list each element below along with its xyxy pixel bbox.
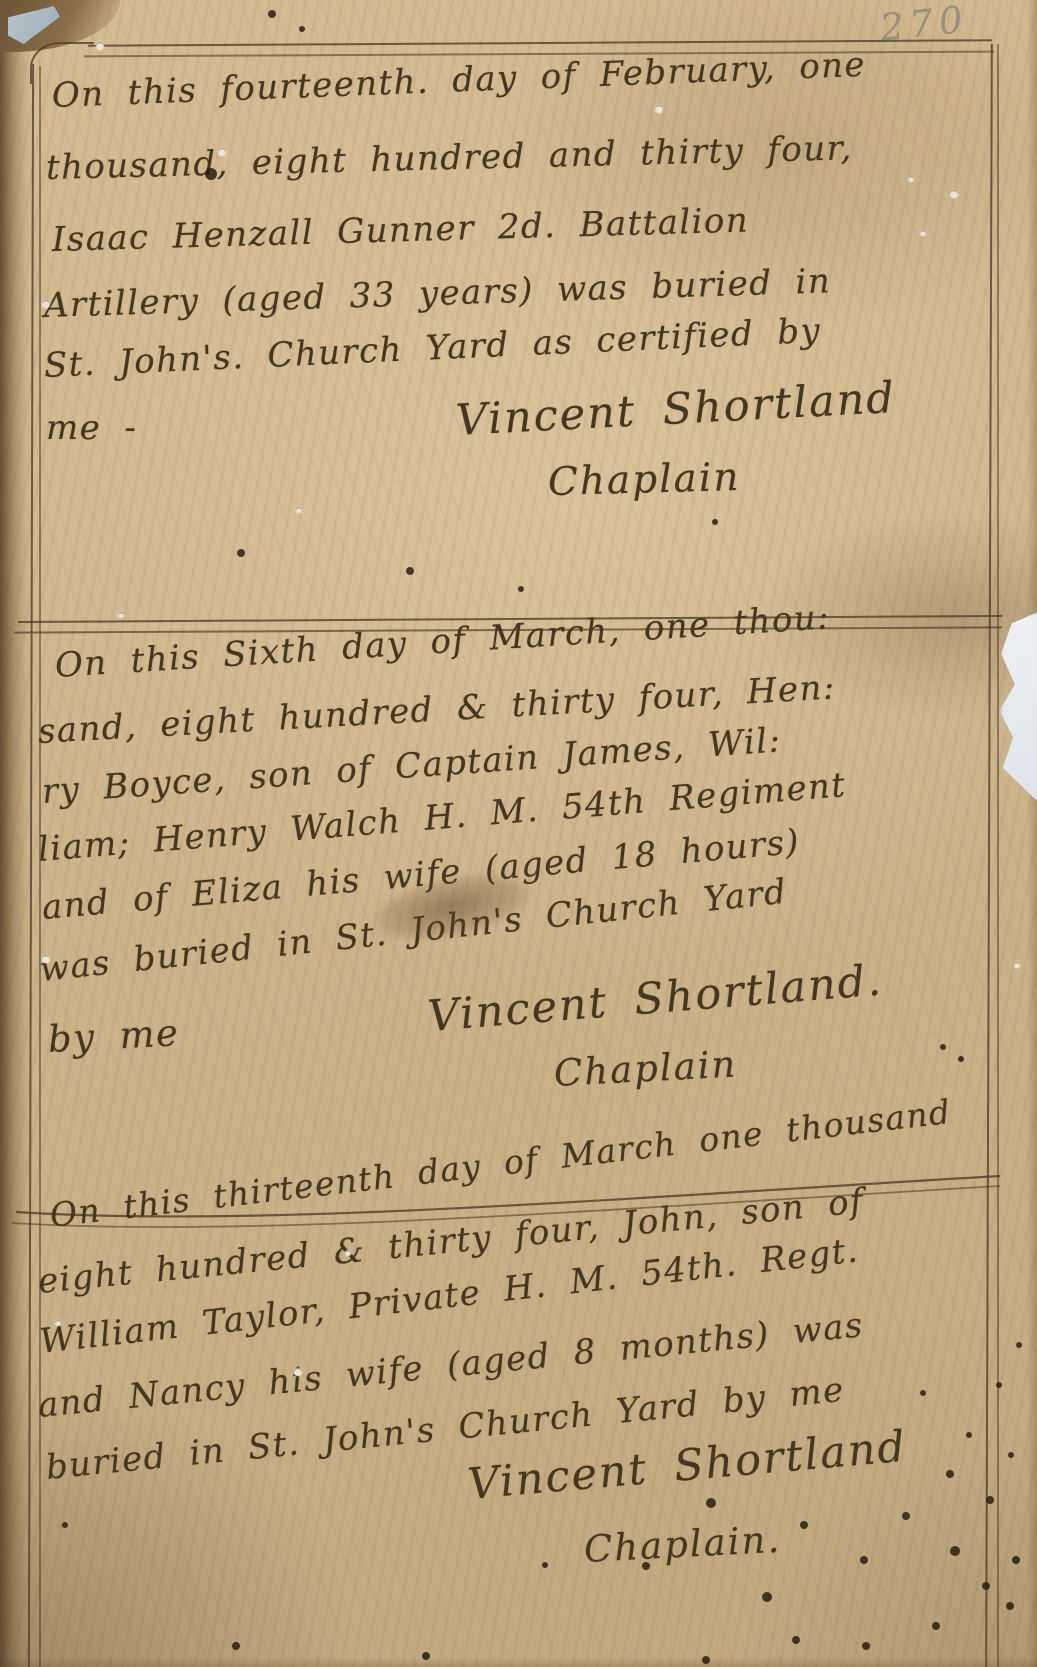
- ink-speck: [706, 1498, 716, 1508]
- ink-speck: [702, 1656, 710, 1664]
- ink-speck: [958, 1056, 964, 1062]
- worm-hole: [42, 955, 50, 963]
- ink-speck: [712, 519, 718, 525]
- ink-speck: [422, 1652, 430, 1660]
- ink-speck: [986, 1496, 994, 1504]
- burial-register-page: 270 On this fourteenth. day of February,…: [0, 0, 1037, 1667]
- ink-speck: [792, 1636, 800, 1644]
- worm-hole: [296, 507, 302, 513]
- ink-speck: [518, 586, 524, 592]
- ink-speck: [642, 1562, 650, 1570]
- entry-1-line-6: me -: [46, 408, 137, 448]
- ink-speck: [299, 26, 305, 32]
- ink-speck: [1008, 1452, 1014, 1458]
- entry-1-signature-role: Chaplain: [547, 455, 741, 505]
- page-edge-bottom: [0, 1657, 1037, 1667]
- worm-hole: [96, 42, 104, 50]
- ink-speck: [902, 1512, 910, 1520]
- entry-1-line-3: Isaac Henzall Gunner 2d. Battalion: [51, 201, 749, 260]
- entry-3-signature-role: Chaplain.: [583, 1518, 782, 1571]
- ink-speck: [542, 1562, 548, 1568]
- ink-speck: [940, 1044, 946, 1050]
- entry-1-signature: Vincent Shortland: [455, 373, 897, 446]
- ink-speck: [1006, 1602, 1014, 1610]
- ink-speck: [232, 1642, 240, 1650]
- ink-speck: [982, 1582, 990, 1590]
- worm-hole: [42, 300, 50, 308]
- worm-hole: [950, 190, 958, 198]
- ink-speck: [268, 10, 276, 18]
- ink-speck: [1016, 1342, 1022, 1348]
- entry-2-signature-role: Chaplain: [553, 1042, 738, 1095]
- ink-speck: [932, 1622, 940, 1630]
- worm-hole: [345, 1250, 351, 1256]
- ink-speck: [966, 1432, 972, 1438]
- worm-hole: [55, 1320, 61, 1326]
- worm-hole: [294, 1368, 302, 1376]
- worm-hole: [920, 230, 926, 236]
- border-right-line-inner: [997, 44, 999, 1667]
- ink-speck: [800, 1521, 808, 1529]
- worm-hole: [908, 176, 914, 182]
- ink-speck: [860, 1556, 868, 1564]
- ink-speck: [762, 1592, 772, 1602]
- ink-speck: [237, 549, 245, 557]
- worm-hole: [218, 148, 226, 156]
- ink-speck: [1012, 1556, 1020, 1564]
- book-binding-edge: [0, 0, 32, 1667]
- ink-speck: [406, 567, 414, 575]
- ink-speck: [946, 1470, 954, 1478]
- worm-hole: [118, 612, 124, 618]
- worm-hole: [1014, 962, 1020, 968]
- ink-speck: [205, 168, 217, 180]
- entry-2-signature: Vincent Shortland.: [426, 956, 885, 1042]
- page-edge-right: [1027, 0, 1037, 1667]
- border-right-line: [985, 44, 993, 1667]
- ink-speck: [862, 1642, 870, 1650]
- entry-2-line-7: by me: [47, 1011, 180, 1061]
- ink-speck: [62, 1522, 68, 1528]
- ink-speck: [996, 1382, 1002, 1388]
- worm-hole: [655, 105, 663, 113]
- entry-1-line-2: thousand, eight hundred and thirty four,: [46, 128, 854, 188]
- torn-paper-patch: [998, 612, 1037, 802]
- ink-speck: [950, 1546, 960, 1556]
- entry-2-line-1: On this Sixth day of March, one thou:: [54, 597, 831, 686]
- ink-speck: [920, 1390, 926, 1396]
